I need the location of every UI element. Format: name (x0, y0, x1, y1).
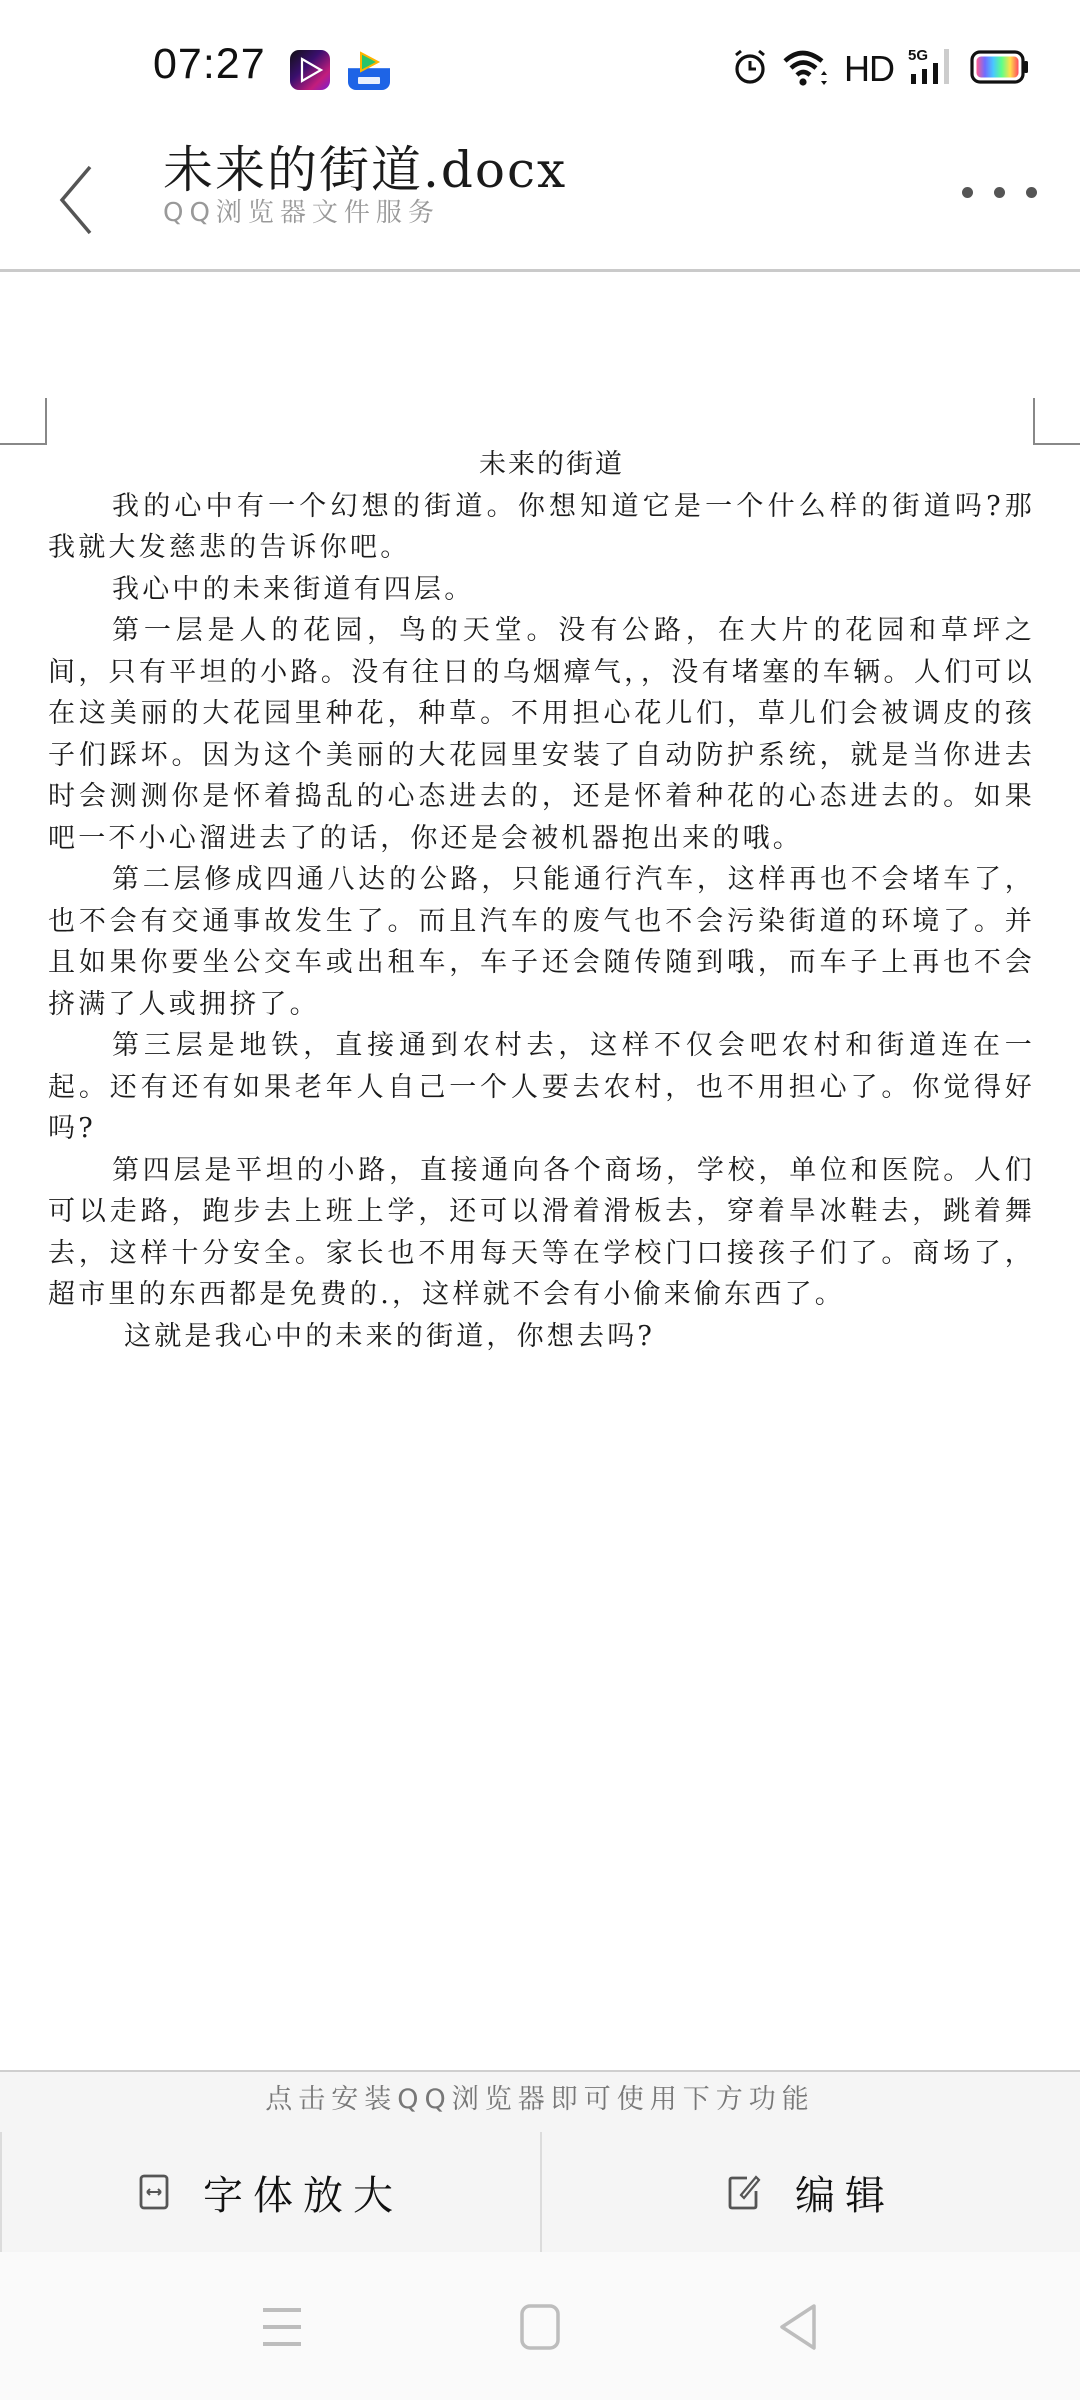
alarm-icon (732, 47, 768, 91)
system-status-icons: HD 5G (732, 46, 1030, 92)
edit-label: 编辑 (795, 2164, 895, 2221)
recent-apps-icon (260, 2305, 304, 2349)
tencent-video-app-icon (348, 50, 390, 90)
edit-button[interactable]: 编辑 (540, 2132, 1080, 2252)
more-dots-icon (962, 187, 973, 198)
status-bar: 07:27 HD 5G (0, 0, 1080, 130)
svg-text:5G: 5G (908, 47, 928, 64)
page-corner-mark-left (0, 398, 47, 445)
action-bar: 字体放大 编辑 (0, 2132, 1080, 2252)
font-enlarge-button[interactable]: 字体放大 (0, 2132, 540, 2252)
recent-apps-button[interactable] (252, 2297, 312, 2357)
more-dots-icon (994, 187, 1005, 198)
chevron-left-icon (52, 155, 107, 245)
document-paragraph: 第四层是平坦的小路，直接通向各个商场，学校，单位和医院。人们可以走路，跑步去上班… (48, 1150, 1035, 1316)
home-icon (518, 2303, 562, 2351)
font-enlarge-icon (139, 2174, 169, 2210)
document-paragraph: 我的心中有一个幻想的街道。你想知道它是一个什么样的街道吗?那我就大发慈悲的告诉你… (48, 486, 1035, 569)
document-paragraph: 第一层是人的花园，鸟的天堂。没有公路，在大片的花园和草坪之间，只有平坦的小路。没… (48, 610, 1035, 859)
more-options-button[interactable] (962, 177, 1037, 207)
font-enlarge-label: 字体放大 (203, 2164, 403, 2221)
document-paragraph: 我心中的未来街道有四层。 (48, 569, 1035, 611)
header-divider (0, 269, 1080, 272)
battery-icon (970, 50, 1030, 88)
system-navigation-bar (0, 2252, 1080, 2400)
document-title: 未来的街道 (48, 444, 1035, 486)
status-time: 07:27 (153, 40, 266, 89)
video-app-icon (290, 50, 330, 90)
back-triangle-icon (776, 2302, 820, 2352)
document-paragraph: 第二层修成四通八达的公路，只能通行汽车，这样再也不会堵车了，也不会有交通事故发生… (48, 859, 1035, 1025)
app-header: 未来的街道.docx QQ浏览器文件服务 (0, 130, 1080, 270)
edit-icon (727, 2173, 761, 2211)
5g-signal-icon: 5G (908, 46, 956, 92)
document-paragraph: 这就是我心中的未来的街道，你想去吗? (48, 1316, 1035, 1358)
back-nav-button[interactable] (768, 2297, 828, 2357)
more-dots-icon (1026, 187, 1037, 198)
page-corner-mark-right (1033, 398, 1080, 445)
wifi-icon (782, 47, 830, 91)
hd-indicator: HD (844, 48, 894, 90)
header-subtitle: QQ浏览器文件服务 (163, 192, 440, 229)
install-browser-hint[interactable]: 点击安装QQ浏览器即可使用下方功能 (0, 2072, 1080, 2132)
back-button[interactable] (52, 155, 107, 245)
home-button[interactable] (510, 2297, 570, 2357)
document-body: 未来的街道 我的心中有一个幻想的街道。你想知道它是一个什么样的街道吗?那我就大发… (48, 444, 1035, 1357)
document-paragraph: 第三层是地铁，直接通到农村去，这样不仅会吧农村和街道连在一起。还有还有如果老年人… (48, 1025, 1035, 1150)
